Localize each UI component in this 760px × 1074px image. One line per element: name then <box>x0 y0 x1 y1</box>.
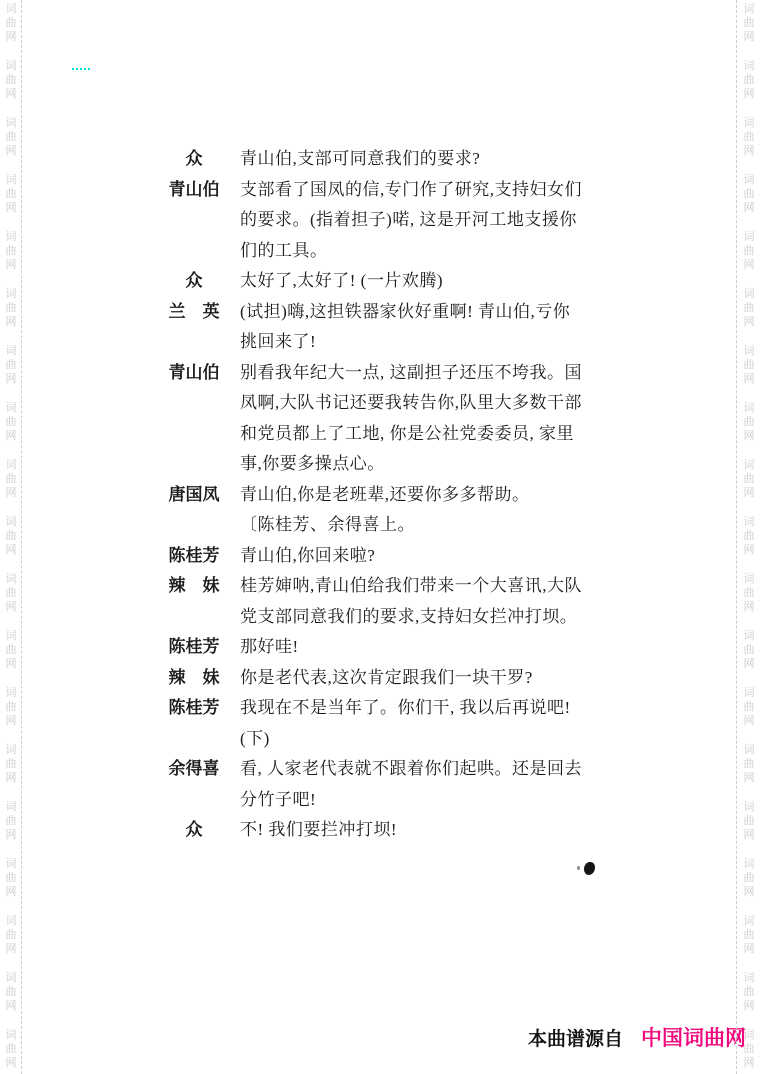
watermark-char: 词 <box>744 59 755 73</box>
speaker-name: 众 <box>168 815 220 846</box>
dialogue-entry: 陈桂芳我现在不是当年了。你们干, 我以后再说吧!(下) <box>168 693 638 754</box>
watermark-char: 词 <box>6 971 17 985</box>
dialogue-line: 分竹子吧! <box>240 785 638 816</box>
watermark-char: 词 <box>744 686 755 700</box>
speaker-name: 余得喜 <box>168 754 220 785</box>
watermark-char: 网 <box>6 486 17 500</box>
footer-brand-name: 中国词曲网 <box>641 1022 746 1052</box>
dialogue-entry: 青山伯别看我年纪大一点, 这副担子还压不垮我。国凤啊,大队书记还要我转告你,队里… <box>168 358 638 480</box>
watermark-char: 网 <box>6 258 17 272</box>
dialogue-entry: 唐国凤青山伯,你是老班辈,还要你多多帮助。 <box>168 480 638 511</box>
dialogue-entry: 众太好了,太好了! (一片欢腾) <box>168 266 638 297</box>
watermark-char: 网 <box>744 30 755 44</box>
dialogue-line: 我现在不是当年了。你们干, 我以后再说吧! <box>240 693 638 724</box>
watermark-char: 曲 <box>6 415 17 429</box>
watermark-group: 词曲网 <box>6 59 17 101</box>
stage-direction-entry: 〔陈桂芳、余得喜上。 <box>168 510 638 541</box>
watermark-char: 曲 <box>6 301 17 315</box>
watermark-char: 曲 <box>6 529 17 543</box>
watermark-char: 网 <box>6 87 17 101</box>
watermark-char: 曲 <box>744 928 755 942</box>
dialogue-line: 支部看了国凤的信,专门作了研究,支持妇女们 <box>240 175 638 206</box>
watermark-char: 曲 <box>6 244 17 258</box>
watermark-char: 曲 <box>6 472 17 486</box>
dialogue-lines: 你是老代表,这次肯定跟我们一块干罗? <box>240 663 638 694</box>
watermark-char: 词 <box>744 971 755 985</box>
dialogue-entry: 众青山伯,支部可同意我们的要求? <box>168 144 638 175</box>
watermark-char: 曲 <box>744 985 755 999</box>
ink-smudge-artifact <box>584 862 595 875</box>
speaker-name: 众 <box>168 266 220 297</box>
dialogue-lines: 看, 人家老代表就不跟着你们起哄。还是回去分竹子吧! <box>240 754 638 815</box>
dialogue-lines: 不! 我们要拦冲打坝! <box>240 815 638 846</box>
dialogue-entry: 陈桂芳青山伯,你回来啦? <box>168 541 638 572</box>
left-dashed-rule <box>21 0 22 1074</box>
watermark-char: 词 <box>6 116 17 130</box>
dialogue-line: 事,你要多操点心。 <box>240 449 638 480</box>
dialogue-entry: 余得喜看, 人家老代表就不跟着你们起哄。还是回去分竹子吧! <box>168 754 638 815</box>
watermark-char: 词 <box>6 686 17 700</box>
watermark-char: 词 <box>744 173 755 187</box>
watermark-char: 网 <box>744 201 755 215</box>
watermark-char: 词 <box>6 857 17 871</box>
watermark-char: 网 <box>744 600 755 614</box>
watermark-char: 网 <box>6 543 17 557</box>
watermark-group: 词曲网 <box>744 515 755 557</box>
watermark-char: 曲 <box>744 700 755 714</box>
watermark-char: 曲 <box>744 472 755 486</box>
watermark-group: 词曲网 <box>744 857 755 899</box>
dialogue-entry: 众不! 我们要拦冲打坝! <box>168 815 638 846</box>
speaker-name: 陈桂芳 <box>168 541 220 572</box>
scanned-script-page: 词曲网词曲网词曲网词曲网词曲网词曲网词曲网词曲网词曲网词曲网词曲网词曲网词曲网词… <box>0 0 760 1074</box>
dialogue-entry: 辣 妹桂芳婶呐,青山伯给我们带来一个大喜讯,大队党支部同意我们的要求,支持妇女拦… <box>168 571 638 632</box>
speaker-name: 辣 妹 <box>168 663 220 694</box>
dialogue-line: 青山伯,你回来啦? <box>240 541 638 572</box>
watermark-group: 词曲网 <box>6 2 17 44</box>
dialogue-line: 〔陈桂芳、余得喜上。 <box>240 510 638 541</box>
watermark-char: 曲 <box>6 130 17 144</box>
dialogue-lines: (试担)嗨,这担铁器家伙好重啊! 青山伯,亏你挑回来了! <box>240 297 638 358</box>
dialogue-lines: 青山伯,你是老班辈,还要你多多帮助。 <box>240 480 638 511</box>
dialogue-line: 的要求。(指着担子)喏, 这是开河工地支援你 <box>240 205 638 236</box>
watermark-char: 曲 <box>744 415 755 429</box>
dialogue-lines: 青山伯,你回来啦? <box>240 541 638 572</box>
watermark-char: 网 <box>6 429 17 443</box>
watermark-char: 网 <box>6 1056 17 1070</box>
watermark-char: 词 <box>744 2 755 16</box>
watermark-char: 曲 <box>744 73 755 87</box>
watermark-char: 曲 <box>6 985 17 999</box>
footer-source-label: 本曲谱源自 <box>528 1024 623 1051</box>
watermark-char: 网 <box>744 942 755 956</box>
watermark-group: 词曲网 <box>744 458 755 500</box>
watermark-char: 网 <box>6 999 17 1013</box>
watermark-group: 词曲网 <box>744 629 755 671</box>
dialogue-line: 桂芳婶呐,青山伯给我们带来一个大喜讯,大队 <box>240 571 638 602</box>
watermark-char: 网 <box>6 600 17 614</box>
watermark-char: 词 <box>6 59 17 73</box>
watermark-char: 词 <box>744 515 755 529</box>
watermark-group: 词曲网 <box>744 173 755 215</box>
dialogue-line: 党支部同意我们的要求,支持妇女拦冲打坝。 <box>240 602 638 633</box>
watermark-char: 曲 <box>6 73 17 87</box>
speaker-name: 众 <box>168 144 220 175</box>
watermark-char: 词 <box>744 401 755 415</box>
dialogue-lines: 青山伯,支部可同意我们的要求? <box>240 144 638 175</box>
watermark-char: 曲 <box>744 16 755 30</box>
watermark-group: 词曲网 <box>744 686 755 728</box>
watermark-group: 词曲网 <box>6 629 17 671</box>
watermark-char: 曲 <box>744 586 755 600</box>
watermark-char: 词 <box>744 629 755 643</box>
watermark-char: 词 <box>6 287 17 301</box>
dialogue-lines: 桂芳婶呐,青山伯给我们带来一个大喜讯,大队党支部同意我们的要求,支持妇女拦冲打坝… <box>240 571 638 632</box>
speaker-name: 陈桂芳 <box>168 632 220 663</box>
watermark-char: 曲 <box>6 871 17 885</box>
watermark-group: 词曲网 <box>744 971 755 1013</box>
watermark-char: 网 <box>744 999 755 1013</box>
watermark-group: 词曲网 <box>6 344 17 386</box>
watermark-char: 网 <box>6 372 17 386</box>
watermark-group: 词曲网 <box>6 686 17 728</box>
speaker-name: 陈桂芳 <box>168 693 220 724</box>
watermark-char: 词 <box>6 914 17 928</box>
watermark-char: 曲 <box>744 814 755 828</box>
watermark-char: 网 <box>6 30 17 44</box>
dialogue-line: (下) <box>240 724 638 755</box>
watermark-group: 词曲网 <box>744 344 755 386</box>
dialogue-lines: 支部看了国凤的信,专门作了研究,支持妇女们的要求。(指着担子)喏, 这是开河工地… <box>240 175 638 267</box>
dialogue-entry: 辣 妹你是老代表,这次肯定跟我们一块干罗? <box>168 663 638 694</box>
watermark-group: 词曲网 <box>6 401 17 443</box>
dialogue-line: 别看我年纪大一点, 这副担子还压不垮我。国 <box>240 358 638 389</box>
watermark-group: 词曲网 <box>744 2 755 44</box>
dialogue-line: 那好哇! <box>240 632 638 663</box>
watermark-group: 词曲网 <box>744 572 755 614</box>
dialogue-line: 太好了,太好了! (一片欢腾) <box>240 266 638 297</box>
speaker-name: 青山伯 <box>168 175 220 206</box>
watermark-char: 网 <box>6 714 17 728</box>
watermark-char: 曲 <box>6 757 17 771</box>
dialogue-entry: 青山伯支部看了国凤的信,专门作了研究,支持妇女们的要求。(指着担子)喏, 这是开… <box>168 175 638 267</box>
watermark-char: 词 <box>6 2 17 16</box>
watermark-group: 词曲网 <box>6 173 17 215</box>
dialogue-lines: 我现在不是当年了。你们干, 我以后再说吧!(下) <box>240 693 638 754</box>
watermark-char: 网 <box>6 942 17 956</box>
watermark-char: 曲 <box>744 130 755 144</box>
watermark-char: 网 <box>744 1056 755 1070</box>
watermark-char: 词 <box>6 743 17 757</box>
watermark-char: 网 <box>744 828 755 842</box>
watermark-char: 曲 <box>6 814 17 828</box>
watermark-char: 曲 <box>744 757 755 771</box>
dialogue-lines: 太好了,太好了! (一片欢腾) <box>240 266 638 297</box>
dialogue-line: 看, 人家老代表就不跟着你们起哄。还是回去 <box>240 754 638 785</box>
watermark-char: 词 <box>6 230 17 244</box>
watermark-char: 网 <box>744 87 755 101</box>
watermark-char: 网 <box>744 258 755 272</box>
watermark-char: 曲 <box>744 529 755 543</box>
speaker-name: 兰 英 <box>168 297 220 328</box>
watermark-char: 网 <box>744 771 755 785</box>
watermark-char: 网 <box>744 543 755 557</box>
watermark-char: 网 <box>744 144 755 158</box>
watermark-group: 词曲网 <box>6 743 17 785</box>
dialogue-entry: 兰 英(试担)嗨,这担铁器家伙好重啊! 青山伯,亏你挑回来了! <box>168 297 638 358</box>
watermark-char: 词 <box>744 857 755 871</box>
watermark-group: 词曲网 <box>744 59 755 101</box>
watermark-group: 词曲网 <box>6 230 17 272</box>
watermark-char: 词 <box>744 458 755 472</box>
watermark-char: 词 <box>6 629 17 643</box>
watermark-char: 词 <box>6 173 17 187</box>
watermark-char: 词 <box>744 743 755 757</box>
watermark-char: 网 <box>6 144 17 158</box>
watermark-column-left: 词曲网词曲网词曲网词曲网词曲网词曲网词曲网词曲网词曲网词曲网词曲网词曲网词曲网词… <box>3 0 19 1074</box>
speaker-name: 辣 妹 <box>168 571 220 602</box>
speaker-name: 唐国凤 <box>168 480 220 511</box>
watermark-char: 曲 <box>6 928 17 942</box>
watermark-group: 词曲网 <box>6 515 17 557</box>
dialogue-entry: 陈桂芳那好哇! <box>168 632 638 663</box>
watermark-char: 曲 <box>744 871 755 885</box>
footer: 本曲谱源自 中国词曲网 <box>528 1022 746 1052</box>
dialogue-line: 不! 我们要拦冲打坝! <box>240 815 638 846</box>
watermark-char: 曲 <box>744 187 755 201</box>
script-body: 众青山伯,支部可同意我们的要求?青山伯支部看了国凤的信,专门作了研究,支持妇女们… <box>168 144 638 846</box>
dialogue-line: 青山伯,支部可同意我们的要求? <box>240 144 638 175</box>
dialogue-line: 你是老代表,这次肯定跟我们一块干罗? <box>240 663 638 694</box>
dialogue-line: 青山伯,你是老班辈,还要你多多帮助。 <box>240 480 638 511</box>
watermark-char: 网 <box>6 771 17 785</box>
watermark-char: 曲 <box>6 1042 17 1056</box>
dialogue-line: 们的工具。 <box>240 236 638 267</box>
watermark-char: 网 <box>744 885 755 899</box>
watermark-group: 词曲网 <box>6 1028 17 1070</box>
watermark-char: 网 <box>744 486 755 500</box>
dialogue-lines: 〔陈桂芳、余得喜上。 <box>240 510 638 541</box>
watermark-group: 词曲网 <box>6 800 17 842</box>
watermark-column-right: 词曲网词曲网词曲网词曲网词曲网词曲网词曲网词曲网词曲网词曲网词曲网词曲网词曲网词… <box>741 0 757 1074</box>
watermark-char: 曲 <box>744 244 755 258</box>
watermark-char: 曲 <box>6 643 17 657</box>
watermark-char: 词 <box>744 572 755 586</box>
cyan-dotted-artifact <box>72 68 90 70</box>
watermark-char: 词 <box>744 344 755 358</box>
dialogue-line: 和党员都上了工地, 你是公社党委委员, 家里 <box>240 419 638 450</box>
watermark-group: 词曲网 <box>6 572 17 614</box>
watermark-char: 曲 <box>6 358 17 372</box>
speaker-name: 青山伯 <box>168 358 220 389</box>
watermark-group: 词曲网 <box>744 800 755 842</box>
watermark-char: 曲 <box>6 16 17 30</box>
watermark-group: 词曲网 <box>6 857 17 899</box>
watermark-char: 网 <box>6 885 17 899</box>
watermark-group: 词曲网 <box>744 230 755 272</box>
watermark-char: 网 <box>6 657 17 671</box>
watermark-char: 词 <box>6 458 17 472</box>
watermark-char: 网 <box>744 372 755 386</box>
watermark-group: 词曲网 <box>6 116 17 158</box>
watermark-char: 词 <box>744 287 755 301</box>
watermark-group: 词曲网 <box>6 971 17 1013</box>
watermark-char: 词 <box>6 1028 17 1042</box>
dialogue-line: (试担)嗨,这担铁器家伙好重啊! 青山伯,亏你 <box>240 297 638 328</box>
dialogue-lines: 别看我年纪大一点, 这副担子还压不垮我。国凤啊,大队书记还要我转告你,队里大多数… <box>240 358 638 480</box>
watermark-char: 网 <box>744 429 755 443</box>
watermark-char: 词 <box>744 116 755 130</box>
watermark-char: 词 <box>6 344 17 358</box>
watermark-char: 网 <box>744 315 755 329</box>
dialogue-line: 挑回来了! <box>240 327 638 358</box>
watermark-char: 网 <box>744 714 755 728</box>
right-dashed-rule <box>736 0 737 1074</box>
watermark-char: 词 <box>6 401 17 415</box>
watermark-char: 词 <box>744 800 755 814</box>
watermark-char: 词 <box>6 572 17 586</box>
watermark-char: 网 <box>6 315 17 329</box>
watermark-char: 曲 <box>6 586 17 600</box>
watermark-group: 词曲网 <box>744 914 755 956</box>
watermark-char: 网 <box>6 828 17 842</box>
watermark-char: 词 <box>6 800 17 814</box>
watermark-group: 词曲网 <box>744 287 755 329</box>
watermark-char: 曲 <box>6 700 17 714</box>
watermark-char: 词 <box>744 230 755 244</box>
watermark-group: 词曲网 <box>6 458 17 500</box>
watermark-char: 词 <box>744 914 755 928</box>
watermark-char: 曲 <box>744 301 755 315</box>
watermark-group: 词曲网 <box>744 743 755 785</box>
watermark-group: 词曲网 <box>744 116 755 158</box>
watermark-char: 网 <box>744 657 755 671</box>
watermark-group: 词曲网 <box>744 401 755 443</box>
watermark-group: 词曲网 <box>6 914 17 956</box>
watermark-group: 词曲网 <box>6 287 17 329</box>
watermark-char: 曲 <box>744 643 755 657</box>
dialogue-lines: 那好哇! <box>240 632 638 663</box>
watermark-char: 曲 <box>6 187 17 201</box>
watermark-char: 网 <box>6 201 17 215</box>
dialogue-line: 凤啊,大队书记还要我转告你,队里大多数干部 <box>240 388 638 419</box>
watermark-char: 词 <box>6 515 17 529</box>
watermark-char: 曲 <box>744 358 755 372</box>
